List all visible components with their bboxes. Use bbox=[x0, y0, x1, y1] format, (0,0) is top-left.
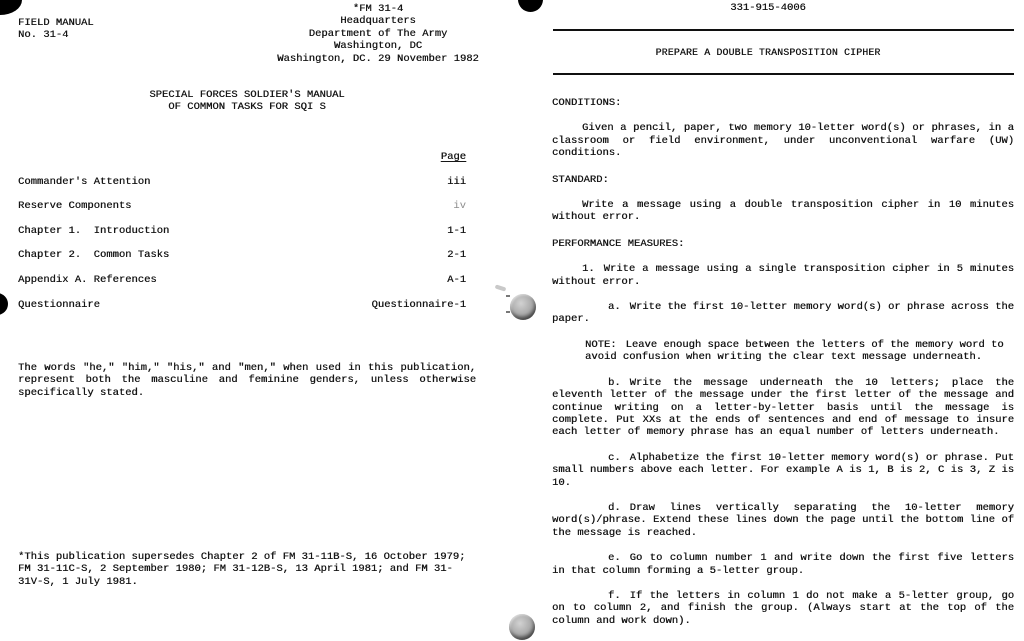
measure-paragraph: c.Alphabetize the first 10-letter memory… bbox=[552, 452, 1014, 489]
toc-entry-label: Questionnaire bbox=[18, 299, 100, 311]
gender-statement: The words "he," "him," "his," and "men,"… bbox=[18, 362, 476, 399]
measure-text: Alphabetize the first 10-letter memory w… bbox=[552, 452, 1014, 489]
headquarters-line: Headquarters bbox=[253, 15, 503, 27]
measure-paragraph: a.Write the first 10-letter memory word(… bbox=[552, 301, 1014, 326]
field-manual-label: FIELD MANUAL bbox=[18, 17, 94, 29]
toc-entry-page: iii bbox=[447, 176, 466, 188]
task-number: 331-915-4006 bbox=[512, 2, 1024, 14]
toc-row: Appendix A. References A-1 bbox=[18, 274, 466, 286]
note-paragraph: NOTE:Leave enough space between the lett… bbox=[585, 339, 1014, 364]
measure-label: b. bbox=[608, 377, 621, 389]
measure-label: f. bbox=[608, 590, 621, 602]
task-page: 331-915-4006 PREPARE A DOUBLE TRANSPOSIT… bbox=[512, 0, 1024, 641]
manual-title-line1: SPECIAL FORCES SOLDIER'S MANUAL bbox=[18, 89, 476, 101]
toc-page-column-header: Page bbox=[18, 151, 466, 163]
toc-row: Questionnaire Questionnaire-1 bbox=[18, 299, 466, 311]
measure-paragraph: f.If the letters in column 1 do not make… bbox=[552, 590, 1014, 627]
measure-paragraph: e.Go to column number 1 and write down t… bbox=[552, 552, 1014, 577]
title-contents-page: FIELD MANUAL No. 31-4 *FM 31-4 Headquart… bbox=[0, 0, 512, 641]
page-corner-mark bbox=[0, 0, 22, 15]
hole-punch-icon bbox=[510, 294, 536, 320]
toc-entry-label: Commander's Attention bbox=[18, 176, 150, 188]
manual-title-line2: OF COMMON TASKS FOR SQI S bbox=[18, 101, 476, 113]
manual-number: No. 31-4 bbox=[18, 29, 94, 41]
toc-row: Chapter 1. Introduction 1-1 bbox=[18, 225, 466, 237]
toc-row: Chapter 2. Common Tasks 2-1 bbox=[18, 249, 466, 261]
toc-entry-label: Chapter 1. Introduction bbox=[18, 225, 169, 237]
measure-text: Go to column number 1 and write down the… bbox=[552, 552, 1014, 576]
city-line: Washington, DC bbox=[253, 40, 503, 52]
standard-heading: STANDARD: bbox=[552, 174, 1014, 186]
measure-label: a. bbox=[608, 301, 621, 313]
toc-entry-label: Appendix A. References bbox=[18, 274, 157, 286]
measure-label: 1. bbox=[582, 263, 595, 275]
toc-entry-page: 2-1 bbox=[447, 249, 466, 261]
hole-punch-icon bbox=[0, 293, 8, 315]
note-text: Leave enough space between the letters o… bbox=[585, 339, 1004, 363]
measure-paragraph: 1.Write a message using a single transpo… bbox=[552, 263, 1014, 288]
measure-label: c. bbox=[608, 452, 621, 464]
measure-text: Write a message using a single transposi… bbox=[552, 263, 1014, 287]
hole-punch-icon bbox=[509, 614, 535, 640]
manual-title: SPECIAL FORCES SOLDIER'S MANUAL OF COMMO… bbox=[18, 89, 476, 114]
measure-label: e. bbox=[608, 552, 621, 564]
department-line: Department of The Army bbox=[253, 28, 503, 40]
conditions-heading: CONDITIONS: bbox=[552, 97, 1014, 109]
measure-paragraph: b.Write the message underneath the 10 le… bbox=[552, 377, 1014, 439]
measure-text: If the letters in column 1 do not make a… bbox=[552, 590, 1014, 627]
measure-paragraph: d.Draw lines vertically separating the 1… bbox=[552, 502, 1014, 539]
note-label: NOTE: bbox=[585, 339, 617, 351]
table-of-contents: Page Commander's Attention iii Reserve C… bbox=[18, 151, 466, 311]
toc-row: Reserve Components iv bbox=[18, 200, 466, 212]
toc-entry-label: Chapter 2. Common Tasks bbox=[18, 249, 169, 261]
toc-entry-page: 1-1 bbox=[447, 225, 466, 237]
toc-entry-label: Reserve Components bbox=[18, 200, 131, 212]
measure-text: Write the first 10-letter memory word(s)… bbox=[552, 301, 1014, 325]
supersession-footnote: *This publication supersedes Chapter 2 o… bbox=[18, 551, 474, 588]
toc-entry-page: A-1 bbox=[447, 274, 466, 286]
toc-row: Commander's Attention iii bbox=[18, 176, 466, 188]
horizontal-rule bbox=[553, 29, 1014, 31]
measure-label: d. bbox=[608, 502, 621, 514]
task-title: PREPARE A DOUBLE TRANSPOSITION CIPHER bbox=[512, 47, 1024, 59]
measure-text: Write the message underneath the 10 lett… bbox=[552, 377, 1014, 439]
scan-mark bbox=[506, 295, 510, 297]
scan-smudge bbox=[495, 284, 507, 291]
conditions-text: Given a pencil, paper, two memory 10-let… bbox=[552, 122, 1014, 159]
toc-entry-page: Questionnaire-1 bbox=[371, 299, 466, 311]
measure-text: Draw lines vertically separating the 10-… bbox=[552, 502, 1014, 539]
fm-number: *FM 31-4 bbox=[253, 3, 503, 15]
date-line: Washington, DC. 29 November 1982 bbox=[253, 53, 503, 65]
masthead-left: FIELD MANUAL No. 31-4 bbox=[18, 17, 94, 42]
task-body: CONDITIONS: Given a pencil, paper, two m… bbox=[552, 97, 1014, 627]
standard-text: Write a message using a double transposi… bbox=[552, 199, 1014, 224]
scan-mark bbox=[506, 311, 510, 313]
performance-measures-heading: PERFORMANCE MEASURES: bbox=[552, 238, 1014, 250]
masthead-right: *FM 31-4 Headquarters Department of The … bbox=[253, 3, 503, 65]
toc-entry-page: iv bbox=[453, 200, 466, 212]
scanned-manual-spread: FIELD MANUAL No. 31-4 *FM 31-4 Headquart… bbox=[0, 0, 1024, 641]
horizontal-rule bbox=[553, 73, 1014, 75]
